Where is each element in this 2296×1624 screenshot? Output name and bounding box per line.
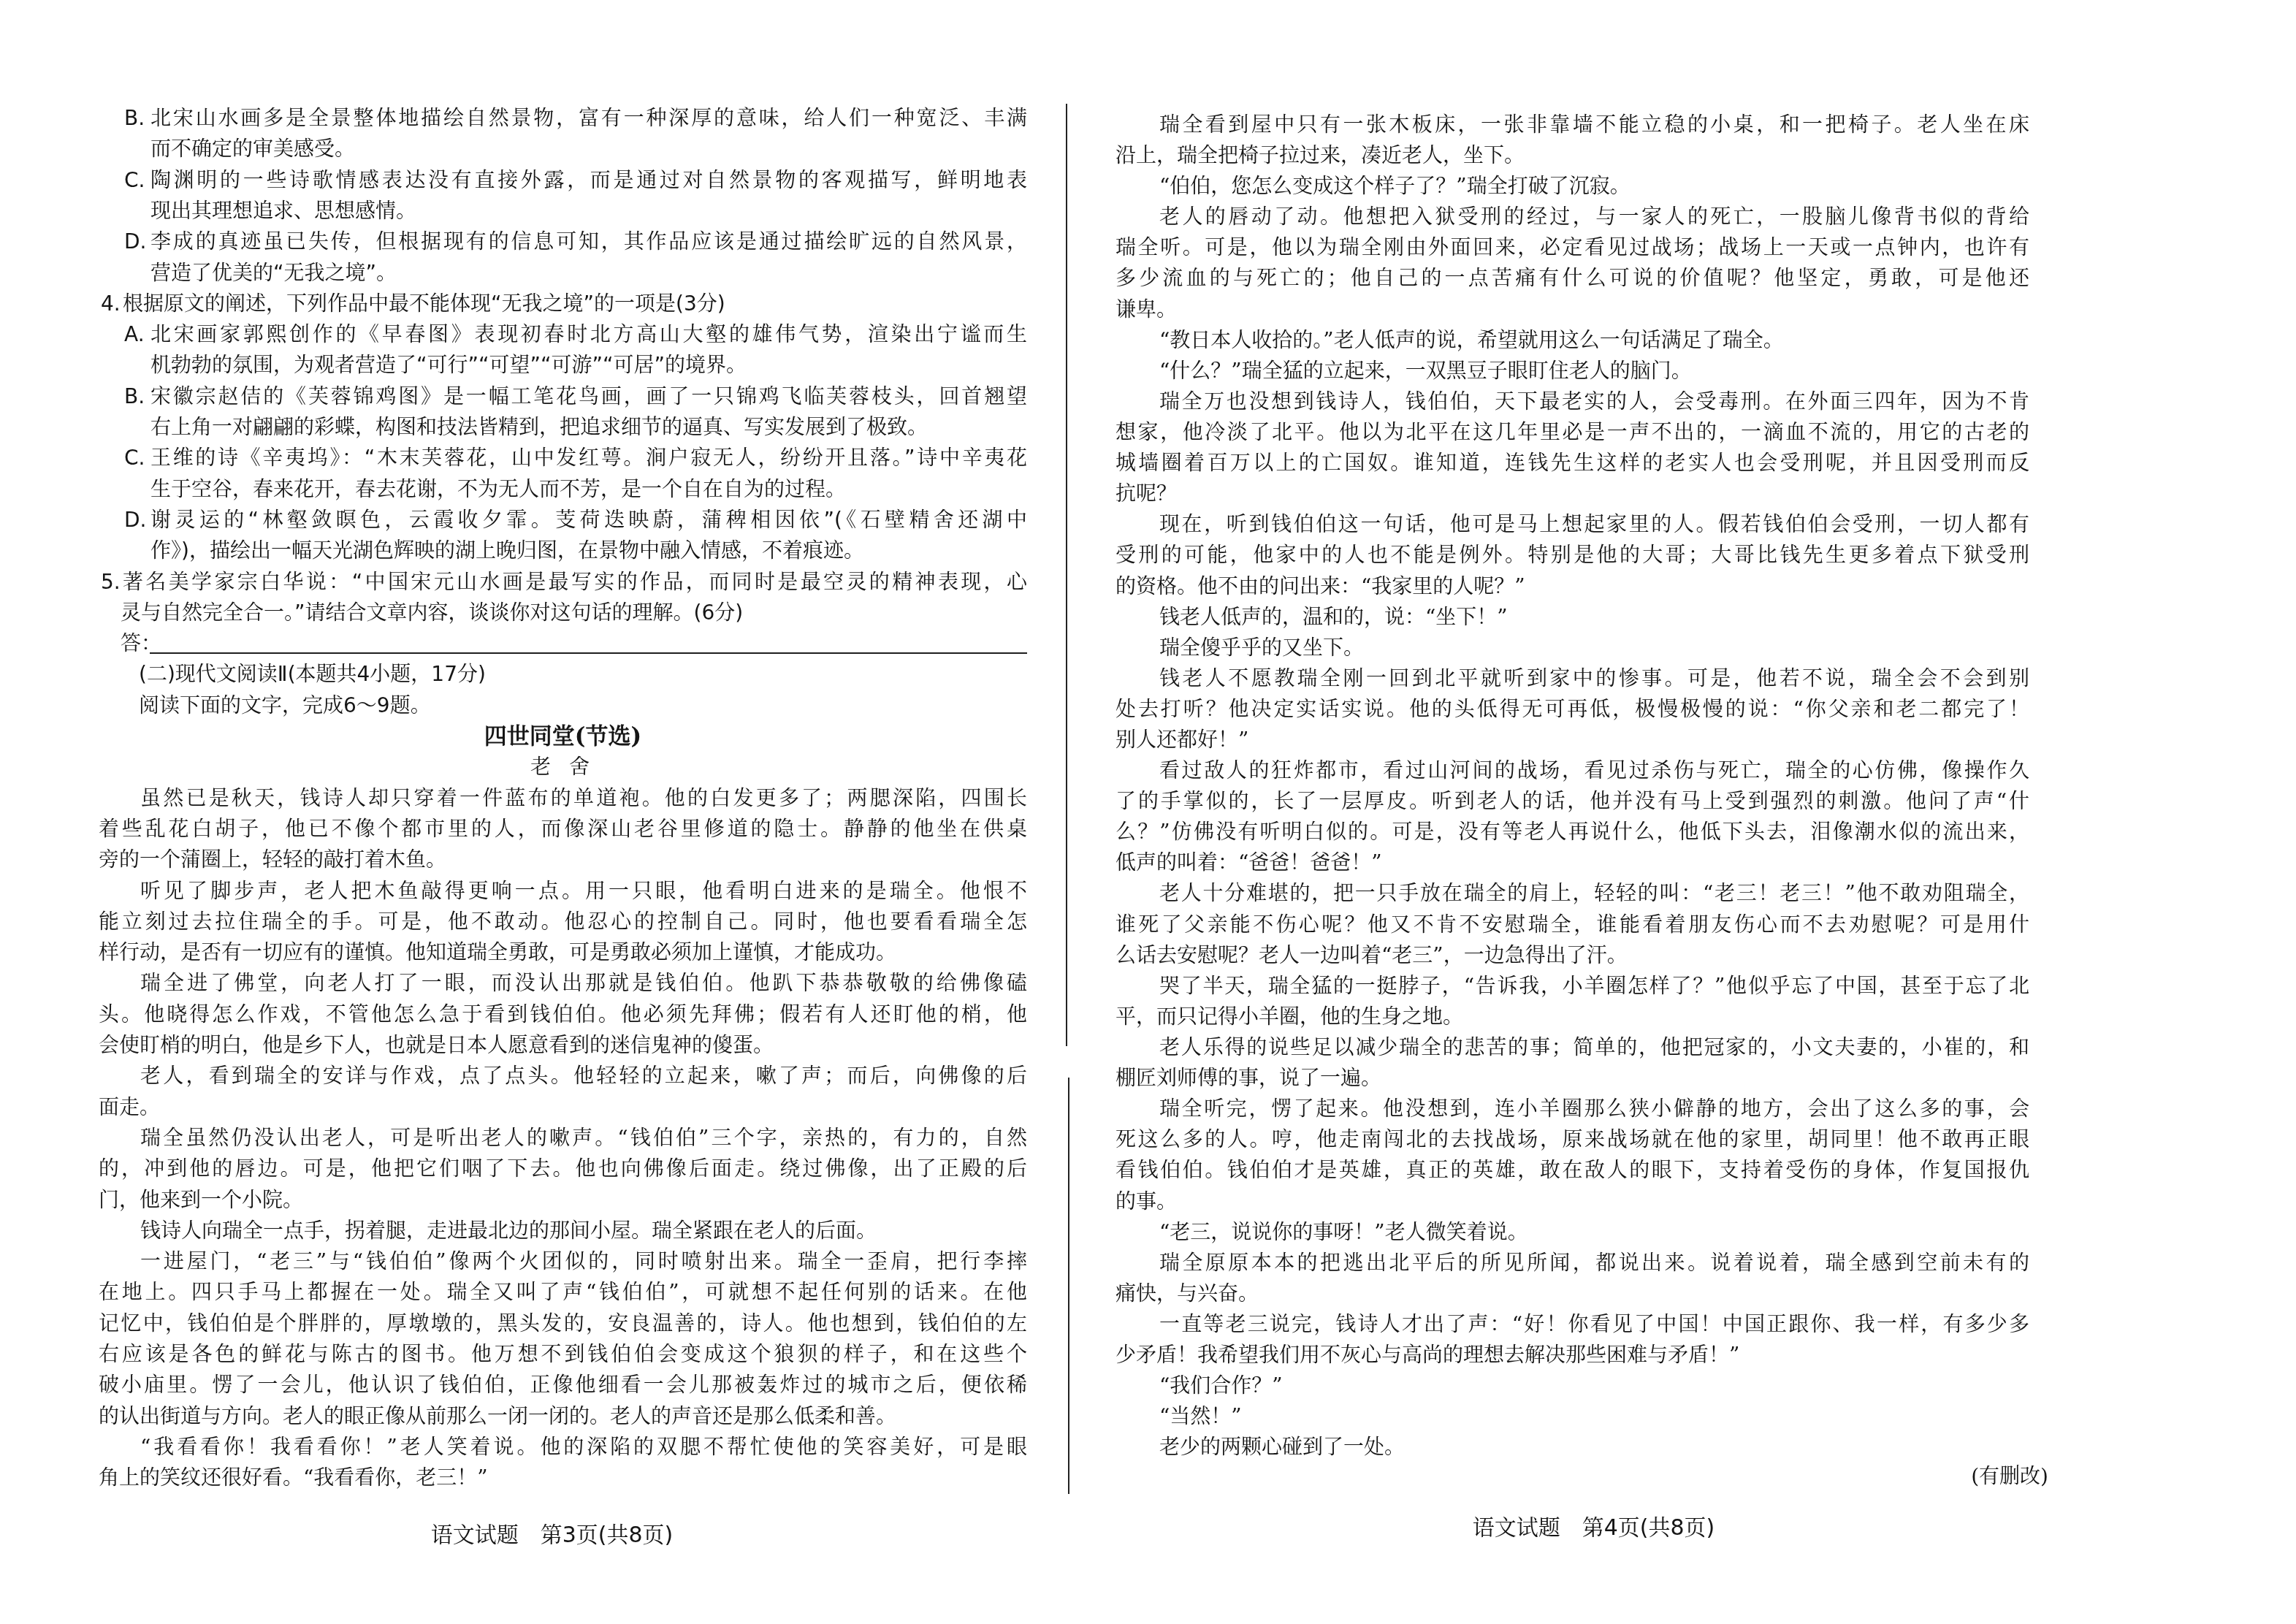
- option-line: 北宋山水画多是全景整体地描绘自然景物，富有一种深厚的意味，给人们一种宽泛、丰满: [150, 103, 1027, 134]
- passage-line: 门，他来到一个小院。: [99, 1185, 1027, 1216]
- passage-line: 记忆中，钱伯伯是个胖胖的，厚墩墩的，黑头发的，安良温善的，诗人。他也想到，钱伯伯…: [99, 1308, 1027, 1339]
- passage-line: 能立刻过去拉住瑞全的手。可是，他不敢动。他忍心的控制自己。同时，他也要看看瑞全怎: [99, 907, 1027, 937]
- option-line: 谢灵运的“林壑敛暝色，云霞收夕霏。芰荷迭映蔚，蒲稗相因依”(《石壁精舍还湖中: [150, 505, 1027, 535]
- answer-underline: [150, 652, 1027, 654]
- passage-line: 老人的唇动了动。他想把入狱受刑的经过，与一家人的死亡，一股脑儿像背书似的背给: [1159, 202, 2029, 232]
- passage-line: 谁死了父亲能不伤心呢？他又不肯不安慰瑞全，谁能看着朋友伤心而不去劝慰呢？可是用什: [1115, 910, 2029, 940]
- option-line: 作》)，描绘出一幅天光湖色辉映的湖上晚归图，在景物中融入情感，不着痕迹。: [150, 535, 1027, 566]
- page-footer-left: 语文试题 第3页(共8页): [412, 1520, 692, 1552]
- page-footer-right: 语文试题 第4页(共8页): [1450, 1512, 1737, 1544]
- passage-line: 想家，他冷淡了北平。他以为北平在这几年里必是一声不出的，一滴血不流的，用它的古老…: [1115, 417, 2029, 448]
- question-stem: 根据原文的阐述，下列作品中最不能体现“无我之境”的一项是(3分): [123, 289, 1027, 319]
- passage-line: 的认出街道与方向。老人的眼正像从前那么一闭一闭的。老人的声音还是那么低柔和善。: [99, 1401, 1027, 1432]
- option-line: 右上角一对翩翩的彩蝶，构图和技法皆精到，把追求细节的逼真、写实发展到了极致。: [150, 412, 1027, 443]
- passage-line: 瑞全听完，愣了起来。他没想到，连小羊圈那么狭小僻静的地方，会出了这么多的事，会: [1159, 1094, 2029, 1124]
- passage-line: “教日本人收拾的。”老人低声的说，希望就用这么一句话满足了瑞全。: [1159, 325, 2029, 356]
- passage-line: 看过敌人的狂炸都市，看过山河间的战场，看见过杀伤与死亡，瑞全的心仿佛，像操作久: [1159, 755, 2029, 786]
- option-label: B.: [124, 381, 150, 412]
- option-label: D.: [124, 226, 150, 257]
- passage-line: 在地上。四只手马上都握在一处。瑞全又叫了声“钱伯伯”，可就想不起任何别的话来。在…: [99, 1277, 1027, 1308]
- passage-line: 会使盯梢的明白，他是乡下人，也就是日本人愿意看到的迷信鬼神的傻蛋。: [99, 1030, 1027, 1061]
- passage-line: 平，而只记得小羊圈，他的生身之地。: [1115, 1002, 2029, 1032]
- passage-line: 处去打听？他决定实话实说。他的头低得无可再低，极慢极慢的说：“你父亲和老二都完了…: [1115, 694, 2029, 725]
- passage-line: 城墙圈着百万以上的亡国奴。谁知道，连钱先生这样的老实人也会受刑呢，并且因受刑而反: [1115, 448, 2029, 479]
- passage-line: 么话去安慰呢？老人一边叫着“老三”，一边急得出了汗。: [1115, 940, 2029, 971]
- passage-line: 右应该是各色的鲜花与陈古的图书。他万想不到钱伯伯会变成这个狼狈的样子，和在这些个: [99, 1339, 1027, 1370]
- answer-label: 答：: [121, 628, 1027, 659]
- passage-line: “伯伯，您怎么变成这个样子了？”瑞全打破了沉寂。: [1159, 171, 2029, 202]
- passage-line: 瑞全原原本本的把逃出北平后的所见所闻，都说出来。说着说着，瑞全感到空前未有的: [1159, 1248, 2029, 1278]
- passage-line: 低声的叫着：“爸爸！爸爸！”: [1115, 847, 2029, 878]
- passage-line: 瑞全听。可是，他以为瑞全刚由外面回来，必定看见过战场；战场上一天或一点钟内，也许…: [1115, 232, 2029, 263]
- passage-line: 棚匠刘师傅的事，说了一遍。: [1115, 1063, 2029, 1094]
- passage-line: 头。他晓得怎么作戏，不管他怎么急于看到钱伯伯。他必须先拜佛；假若有人还盯他的梢，…: [99, 999, 1027, 1030]
- section-heading: (二)现代文阅读Ⅱ(本题共4小题，17分): [139, 659, 1027, 690]
- passage-line: “老三，说说你的事呀！”老人微笑着说。: [1159, 1217, 2029, 1248]
- passage-line: 听见了脚步声，老人把木鱼敲得更响一点。用一只眼，他看明白进来的是瑞全。他恨不: [140, 876, 1027, 907]
- passage-author: 老 舍: [99, 752, 1027, 782]
- passage-line: 瑞全看到屋中只有一张木板床，一张非靠墙不能立稳的小桌，和一把椅子。老人坐在床: [1159, 110, 2029, 140]
- passage-line: 死这么多的人。哼，他走南闯北的去找战场，原来战场就在他的家里，胡同里！他不敢再正…: [1115, 1124, 2029, 1155]
- passage-line: 老人乐得的说些足以减少瑞全的悲苦的事；简单的，他把冠家的，小文夫妻的，小崔的，和: [1159, 1032, 2029, 1063]
- passage-line: 谦卑。: [1115, 294, 2029, 325]
- passage-line: 老人，看到瑞全的安详与作戏，点了点头。他轻轻的立起来，嗽了声；而后，向佛像的后: [140, 1061, 1027, 1091]
- option-line: 陶渊明的一些诗歌情感表达没有直接外露，而是通过对自然景物的客观描写，鲜明地表: [150, 165, 1027, 196]
- source-note: (有删改): [1899, 1461, 2048, 1492]
- passage-line: 虽然已是秋天，钱诗人却只穿着一件蓝布的单道袍。他的白发更多了；两腮深陷，四围长: [140, 783, 1027, 814]
- passage-line: 旁的一个蒲圈上，轻轻的敲打着木鱼。: [99, 845, 1027, 875]
- passage-line: 老人十分难堪的，把一只手放在瑞全的肩上，轻轻的叫：“老三！老三！”他不敢劝阻瑞全…: [1159, 878, 2029, 909]
- passage-line: 一直等老三说完，钱诗人才出了声：“好！你看见了中国！中国正跟你、我一样，有多少多: [1159, 1309, 2029, 1340]
- passage-line: 瑞全虽然仍没认出老人，可是听出老人的嗽声。“钱伯伯”三个字，亲热的，有力的，自然: [140, 1123, 1027, 1154]
- option-line: 营造了优美的“无我之境”。: [150, 258, 1027, 289]
- passage-line: 瑞全万也没想到钱诗人，钱伯伯，天下最老实的人，会受毒刑。在外面三四年，因为不肯: [1159, 386, 2029, 417]
- passage-line: 着些乱花白胡子，他已不像个都市里的人，而像深山老谷里修道的隐士。静静的他坐在供桌: [99, 814, 1027, 845]
- passage-line: 面走。: [99, 1092, 1027, 1123]
- passage-line: 别人还都好！”: [1115, 725, 2029, 755]
- question-line: 灵与自然完全合一。”请结合文章内容，谈谈你对这句话的理解。(6分): [121, 598, 1027, 628]
- passage-line: “我看看你！我看看你！”老人笑着说。他的深陷的双腮不帮忙使他的笑容美好，可是眼: [140, 1432, 1027, 1463]
- passage-line: 的，冲到他的唇边。可是，他把它们咽了下去。他也向佛像后面走。绕过佛像，出了正殿的…: [99, 1154, 1027, 1184]
- option-line: 而不确定的审美感受。: [150, 134, 1027, 164]
- question-number: 4.: [101, 289, 123, 319]
- passage-line: “当然！”: [1159, 1401, 2029, 1432]
- passage-line: “我们合作？”: [1159, 1371, 2029, 1401]
- passage-line: 哭了半天，瑞全猛的一挺脖子，“告诉我，小羊圈怎样了？”他似乎忘了中国，甚至于忘了…: [1159, 971, 2029, 1002]
- option-line: 现出其理想追求、思想感情。: [150, 196, 1027, 226]
- passage-title: 四世同堂(节选): [99, 721, 1027, 752]
- option-label: C.: [124, 165, 150, 196]
- passage-line: 样行动，是否有一切应有的谨慎。他知道瑞全勇敢，可是勇敢必须加上谨慎，才能成功。: [99, 937, 1027, 968]
- option-line: 生于空谷，春来花开，春去花谢，不为无人而不芳，是一个自在自为的过程。: [150, 474, 1027, 505]
- passage-line: 的事。: [1115, 1186, 2029, 1217]
- option-line: 李成的真迹虽已失传，但根据现有的信息可知，其作品应该是通过描绘旷远的自然风景，: [150, 226, 1027, 257]
- passage-line: 痛快，与兴奋。: [1115, 1278, 2029, 1309]
- passage-line: 受刑的可能，他家中的人也不能是例外。特别是他的大哥；大哥比钱先生更多着点下狱受刑: [1115, 540, 2029, 571]
- option-line: 宋徽宗赵佶的《芙蓉锦鸡图》是一幅工笔花鸟画，画了一只锦鸡飞临芙蓉枝头，回首翘望: [150, 381, 1027, 412]
- passage-line: 么？”仿佛没有听明白似的。可是，没有等老人再说什么，他低下头去，泪像潮水似的流出…: [1115, 817, 2029, 847]
- passage-line: 的资格。他不由的问出来：“我家里的人呢？”: [1115, 571, 2029, 602]
- option-label: B.: [124, 103, 150, 134]
- passage-line: 钱诗人向瑞全一点手，拐着腿，走进最北边的那间小屋。瑞全紧跟在老人的后面。: [140, 1216, 1027, 1246]
- passage-line: 一进屋门，“老三”与“钱伯伯”像两个火团似的，同时喷射出来。瑞全一歪肩，把行李摔: [140, 1246, 1027, 1277]
- passage-line: 钱老人不愿教瑞全刚一回到北平就听到家中的惨事。可是，他若不说，瑞全会不会到别: [1159, 663, 2029, 694]
- reading-instruction: 阅读下面的文字，完成6～9题。: [139, 690, 1027, 721]
- question-number: 5.: [101, 567, 123, 598]
- passage-line: 破小庙里。愣了一会儿，他认识了钱伯伯，正像他细看一会儿那被轰炸过的城市之后，便依…: [99, 1370, 1027, 1400]
- option-label: C.: [124, 443, 150, 473]
- option-line: 机勃勃的氛围，为观者营造了“可行”“可望”“可游”“可居”的境界。: [150, 350, 1027, 381]
- passage-line: 钱老人低声的，温和的，说：“坐下！”: [1159, 602, 2029, 633]
- passage-line: 瑞全进了佛堂，向老人打了一眼，而没认出那就是钱伯伯。他趴下恭恭敬敬的给佛像磕: [140, 968, 1027, 999]
- passage-line: 多少流血的与死亡的；他自己的一点苦痛有什么可说的价值呢？他坚定，勇敢，可是他还: [1115, 263, 2029, 294]
- passage-line: 抗呢？: [1115, 479, 2029, 509]
- option-line: 王维的诗《辛夷坞》：“木末芙蓉花，山中发红萼。涧户寂无人，纷纷开且落。”诗中辛夷…: [150, 443, 1027, 473]
- passage-line: 少矛盾！我希望我们用不灰心与高尚的理想去解决那些困难与矛盾！”: [1115, 1340, 2029, 1371]
- passage-line: 瑞全傻乎乎的又坐下。: [1159, 633, 2029, 663]
- question-line: 著名美学家宗白华说：“中国宋元山水画是最写实的作品，而同时是最空灵的精神表现，心: [123, 567, 1027, 598]
- passage-line: 现在，听到钱伯伯这一句话，他可是马上想起家里的人。假若钱伯伯会受刑，一切人都有: [1159, 509, 2029, 540]
- passage-line: 角上的笑纹还很好看。“我看看你，老三！”: [99, 1463, 1027, 1493]
- option-line: 北宋画家郭熙创作的《早春图》表现初春时北方高山大壑的雄伟气势，渲染出宁谧而生: [150, 319, 1027, 350]
- passage-line: 沿上，瑞全把椅子拉过来，凑近老人，坐下。: [1115, 140, 2029, 171]
- option-label: A.: [124, 319, 150, 350]
- passage-line: 看钱伯伯。钱伯伯才是英雄，真正的英雄，敢在敌人的眼下，支持着受伤的身体，作复国报…: [1115, 1155, 2029, 1186]
- passage-line: 老少的两颗心碰到了一处。: [1159, 1432, 2029, 1463]
- passage-line: 了的手掌似的，长了一层厚皮。听到老人的话，他并没有马上受到强烈的刺激。他问了声“…: [1115, 786, 2029, 817]
- passage-line: “什么？”瑞全猛的立起来，一双黑豆子眼盯住老人的脑门。: [1159, 356, 2029, 386]
- column-divider: [1068, 1078, 1069, 1494]
- exam-spread: B. 北宋山水画多是全景整体地描绘自然景物，富有一种深厚的意味，给人们一种宽泛、…: [0, 0, 2296, 1624]
- option-label: D.: [124, 505, 150, 535]
- column-divider: [1066, 104, 1067, 1046]
